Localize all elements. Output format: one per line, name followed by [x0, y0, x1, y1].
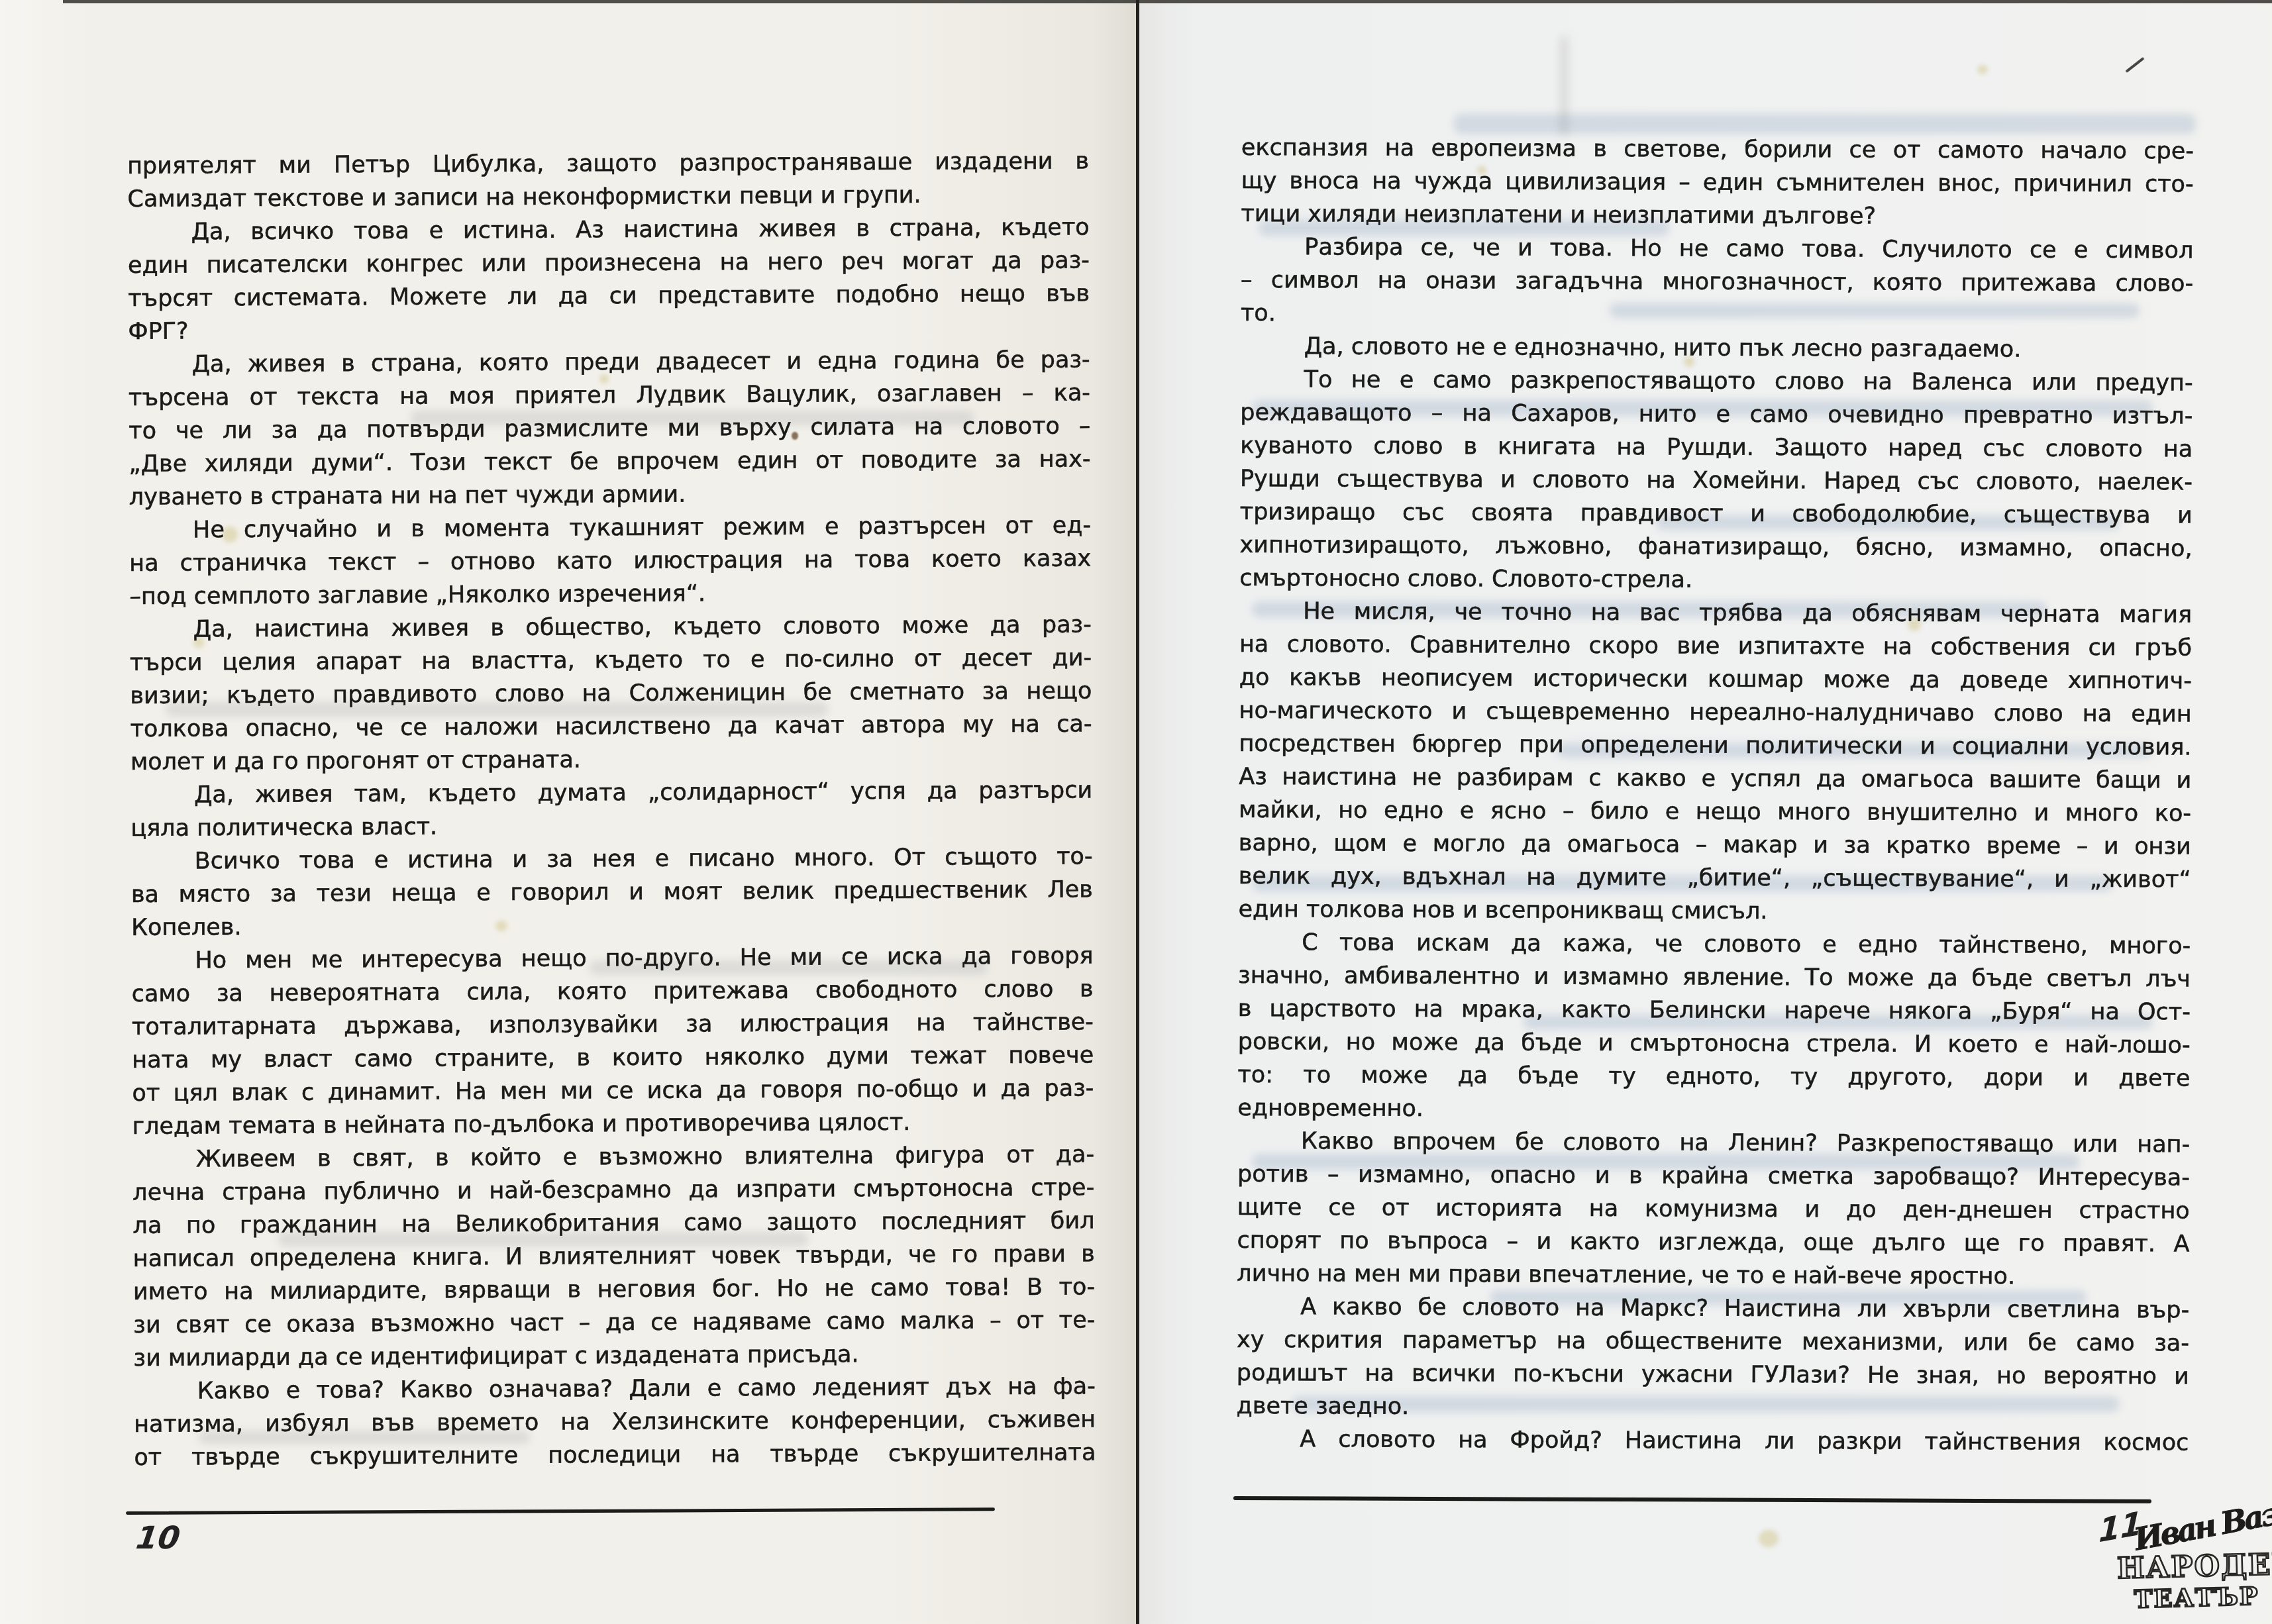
paragraph: приятелят ми Петър Цибулка, защото разпр…: [127, 144, 1090, 216]
text-line: ната му власт само страните, в които няк…: [132, 1039, 1094, 1077]
paragraph: Какво впрочем бе словото на Ленин? Разкр…: [1237, 1125, 2190, 1294]
text-line: на страничка текст – отново като илюстра…: [129, 542, 1091, 580]
text-line: Да, живея в страна, която преди двадесет…: [129, 343, 1090, 381]
text-line: приятелят ми Петър Цибулка, защото разпр…: [127, 144, 1089, 183]
scan-smudge: [1561, 36, 1567, 136]
text-line: значно, амбивалентно и измамно явление. …: [1238, 959, 2191, 996]
text-line: спорят по въпроса – и както изглежда, ощ…: [1237, 1224, 2189, 1261]
text-line: Да, живея там, където думата „солидарнос…: [130, 774, 1092, 812]
text-line: само за невероятната сила, която притежа…: [132, 972, 1094, 1011]
text-line: Какво е това? Какво означава? Дали е сам…: [134, 1370, 1096, 1408]
text-line: Какво впрочем бе словото на Ленин? Разкр…: [1237, 1125, 2190, 1162]
text-line: А словото на Фройд? Наистина ли разкри т…: [1236, 1423, 2189, 1460]
text-line: търсена от текста на моя приятел Лудвик …: [129, 376, 1090, 415]
text-line: едновременно.: [1237, 1091, 2190, 1129]
text-line: реждаващото – на Сахаров, нито е само оч…: [1240, 396, 2193, 433]
text-line: зи милиарди да се идентифицират с издаде…: [133, 1337, 1095, 1375]
text-line: То не е само разкрепостяващото слово на …: [1240, 363, 2193, 400]
paragraph: Не мисля, че точно на вас трябва да обяс…: [1238, 595, 2192, 930]
text-line: в царството на мрака, както Белински нар…: [1238, 992, 2191, 1029]
text-line: то.: [1241, 297, 2193, 334]
text-line: хипнотизиращото, лъжовно, фанатизиращо, …: [1240, 529, 2193, 566]
text-line: Копелев.: [131, 906, 1093, 944]
text-line: тризиращо със своята правдивост и свобод…: [1240, 495, 2193, 533]
left-text-column: приятелят ми Петър Цибулка, защото разпр…: [127, 144, 1096, 1474]
text-line: експанзия на европеизма в светове, борил…: [1241, 131, 2194, 168]
text-line: от цял влак с динамит. На мен ми се иска…: [132, 1072, 1094, 1110]
top-scan-edge: [63, 0, 2272, 3]
text-line: лечна страна публично и най-безсрамно да…: [132, 1171, 1094, 1209]
text-line: родишът на всички по-късни ужасни ГУЛази…: [1237, 1356, 2189, 1394]
text-line: двете заедно.: [1237, 1390, 2189, 1427]
text-line: майки, но едно е ясно – било е нещо мног…: [1239, 793, 2191, 831]
text-line: молет и да го прогонят от страната.: [130, 740, 1092, 779]
paragraph: Не случайно и в момента тукашният режим …: [129, 509, 1092, 613]
text-line: зи свят се оказа възможно част – да се н…: [133, 1303, 1095, 1342]
text-line: С това искам да кажа, че словото е едно …: [1238, 926, 2191, 963]
text-line: един писателски конгрес или произнесена …: [128, 244, 1090, 282]
text-line: лично на мен ми прави впечатление, че то…: [1237, 1257, 2189, 1294]
text-line: гледам темата в нейната по-дълбока и про…: [132, 1105, 1094, 1143]
text-line: смъртоносно слово. Словото-стрела.: [1239, 562, 2192, 599]
right-text-column: експанзия на европеизма в светове, борил…: [1236, 131, 2194, 1460]
left-page-number: 10: [134, 1520, 182, 1556]
text-line: на словото. Сравнително скоро вие изпита…: [1239, 628, 2192, 665]
paragraph: Разбира се, че и това. Но не само това. …: [1241, 230, 2194, 334]
paragraph: Да, всичко това е истина. Аз наистина жи…: [128, 211, 1090, 348]
text-line: Рушди съществува и словото на Хомейни. Н…: [1240, 462, 2193, 499]
paragraph: С това искам да кажа, че словото е едно …: [1237, 926, 2191, 1129]
paragraph: Какво е това? Какво означава? Дали е сам…: [134, 1370, 1096, 1474]
text-line: името на милиардите, вярващи в неговия б…: [133, 1270, 1095, 1309]
foxing-spot: [1759, 1530, 1779, 1547]
text-line: Аз наистина не разбирам с какво е успял …: [1239, 760, 2191, 797]
text-line: от твърде съкрушителните последици на тв…: [134, 1436, 1096, 1474]
text-line: ровски, но може да бъде и смъртоносна ст…: [1238, 1025, 2191, 1062]
paragraph: експанзия на европеизма в светове, борил…: [1241, 131, 2194, 234]
text-line: варно, щом е могло да омагьоса – макар и…: [1239, 827, 2191, 864]
paragraph: Да, наистина живея в общество, където сл…: [130, 608, 1092, 779]
text-line: – символ на онази загадъчна многозначнос…: [1241, 264, 2193, 301]
book-scan: приятелят ми Петър Цибулка, защото разпр…: [0, 0, 2272, 1624]
text-line: ротив – измамно, опасно и в крайна сметк…: [1237, 1158, 2190, 1195]
text-line: тоталитарната държава, използувайки за и…: [132, 1005, 1094, 1044]
text-line: щу вноса на чужда цивилизация – един съм…: [1241, 164, 2194, 201]
paragraph: Да, словото не е еднозначно, нито пък ле…: [1241, 330, 2193, 367]
stamp-name-line1: НАРОДЕН: [2116, 1548, 2272, 1586]
text-line: луването в страната ни на пет чужди арми…: [129, 476, 1091, 514]
text-line: до какъв неописуем исторически кошмар мо…: [1239, 661, 2192, 698]
text-line: посредствен бюргер при определени полити…: [1239, 727, 2191, 764]
text-line: визии; където правдивото слово на Солжен…: [130, 674, 1092, 713]
text-line: Да, всичко това е истина. Аз наистина жи…: [128, 211, 1090, 249]
paragraph: Но мен ме интересува нещо по-друго. Не м…: [131, 939, 1094, 1143]
text-line: Да, словото не е еднозначно, нито пък ле…: [1241, 330, 2193, 367]
text-line: един толкова нов и всепроникващ смисъл.: [1238, 893, 2191, 930]
text-line: щите се от историята на комунизма и до д…: [1237, 1191, 2190, 1228]
text-line: А какво бе словото на Маркс? Наистина ли…: [1237, 1290, 2189, 1327]
text-line: цяла политическа власт.: [130, 807, 1092, 845]
text-line: ла по гражданин на Великобритания само з…: [132, 1204, 1094, 1243]
text-line: то: то може да бъде ту едното, ту другот…: [1237, 1058, 2190, 1095]
text-line: Не случайно и в момента тукашният режим …: [129, 509, 1091, 547]
text-line: търсят системата. Можете ли да си предст…: [128, 277, 1090, 315]
stamp-name-line2: ТЕАТЪР: [2118, 1581, 2272, 1614]
paragraph: То не е само разкрепостяващото слово на …: [1239, 363, 2193, 599]
text-line: толкова опасно, че се наложи насилствено…: [130, 707, 1092, 746]
text-line: куваното слово в книгата на Рушди. Защот…: [1240, 429, 2193, 466]
text-line: велик дух, вдъхнал на думите „битие“, „с…: [1239, 860, 2191, 897]
paragraph: А какво бе словото на Маркс? Наистина ли…: [1237, 1290, 2190, 1427]
text-line: Самиздат текстове и записи на неконформи…: [127, 178, 1089, 216]
text-line: натизма, избуял във времето на Хелзински…: [134, 1403, 1096, 1441]
text-line: –под семплото заглавие „Няколко изречени…: [129, 575, 1091, 613]
text-line: ФРГ?: [128, 310, 1090, 348]
paragraph: Живеем в свят, в който е възможно влияте…: [132, 1138, 1096, 1375]
paragraph: Всичко това е истина и за нея е писано м…: [130, 840, 1093, 944]
text-line: „Две хиляди думи“. Този текст бе впрочем…: [129, 442, 1090, 481]
text-line: Живеем в свят, в който е възможно влияте…: [132, 1138, 1094, 1176]
foxing-spot: [1977, 65, 1988, 74]
text-line: Но мен ме интересува нещо по-друго. Не м…: [131, 939, 1093, 978]
text-line: ва място за тези неща е говорил и моят в…: [131, 873, 1093, 911]
text-line: ху скрития параметър на обществените мех…: [1237, 1323, 2189, 1360]
text-line: Всичко това е истина и за нея е писано м…: [130, 840, 1092, 878]
text-line: Да, наистина живея в общество, където сл…: [130, 608, 1092, 646]
paragraph: Да, живея в страна, която преди двадесет…: [129, 343, 1091, 514]
text-line: написал определена книга. И влиятелният …: [133, 1237, 1095, 1276]
paragraph: Да, живея там, където думата „солидарнос…: [130, 774, 1093, 845]
text-line: Разбира се, че и това. Но не само това. …: [1241, 230, 2193, 268]
text-line: търси целия апарат на властта, където то…: [130, 641, 1092, 680]
text-line: но-магическото и същевременно нереално-н…: [1239, 694, 2192, 731]
text-line: то че ли за да потвърди размислите ми въ…: [129, 409, 1090, 448]
text-line: Не мисля, че точно на вас трябва да обяс…: [1239, 595, 2192, 632]
text-line: тици хиляди неизплатени и неизплатими дъ…: [1241, 197, 2193, 234]
page-split-line: [1136, 0, 1139, 1624]
theatre-stamp: Иван Вазов НАРОДЕН ТЕАТЪР: [2116, 1508, 2272, 1624]
paragraph: А словото на Фройд? Наистина ли разкри т…: [1236, 1423, 2189, 1460]
